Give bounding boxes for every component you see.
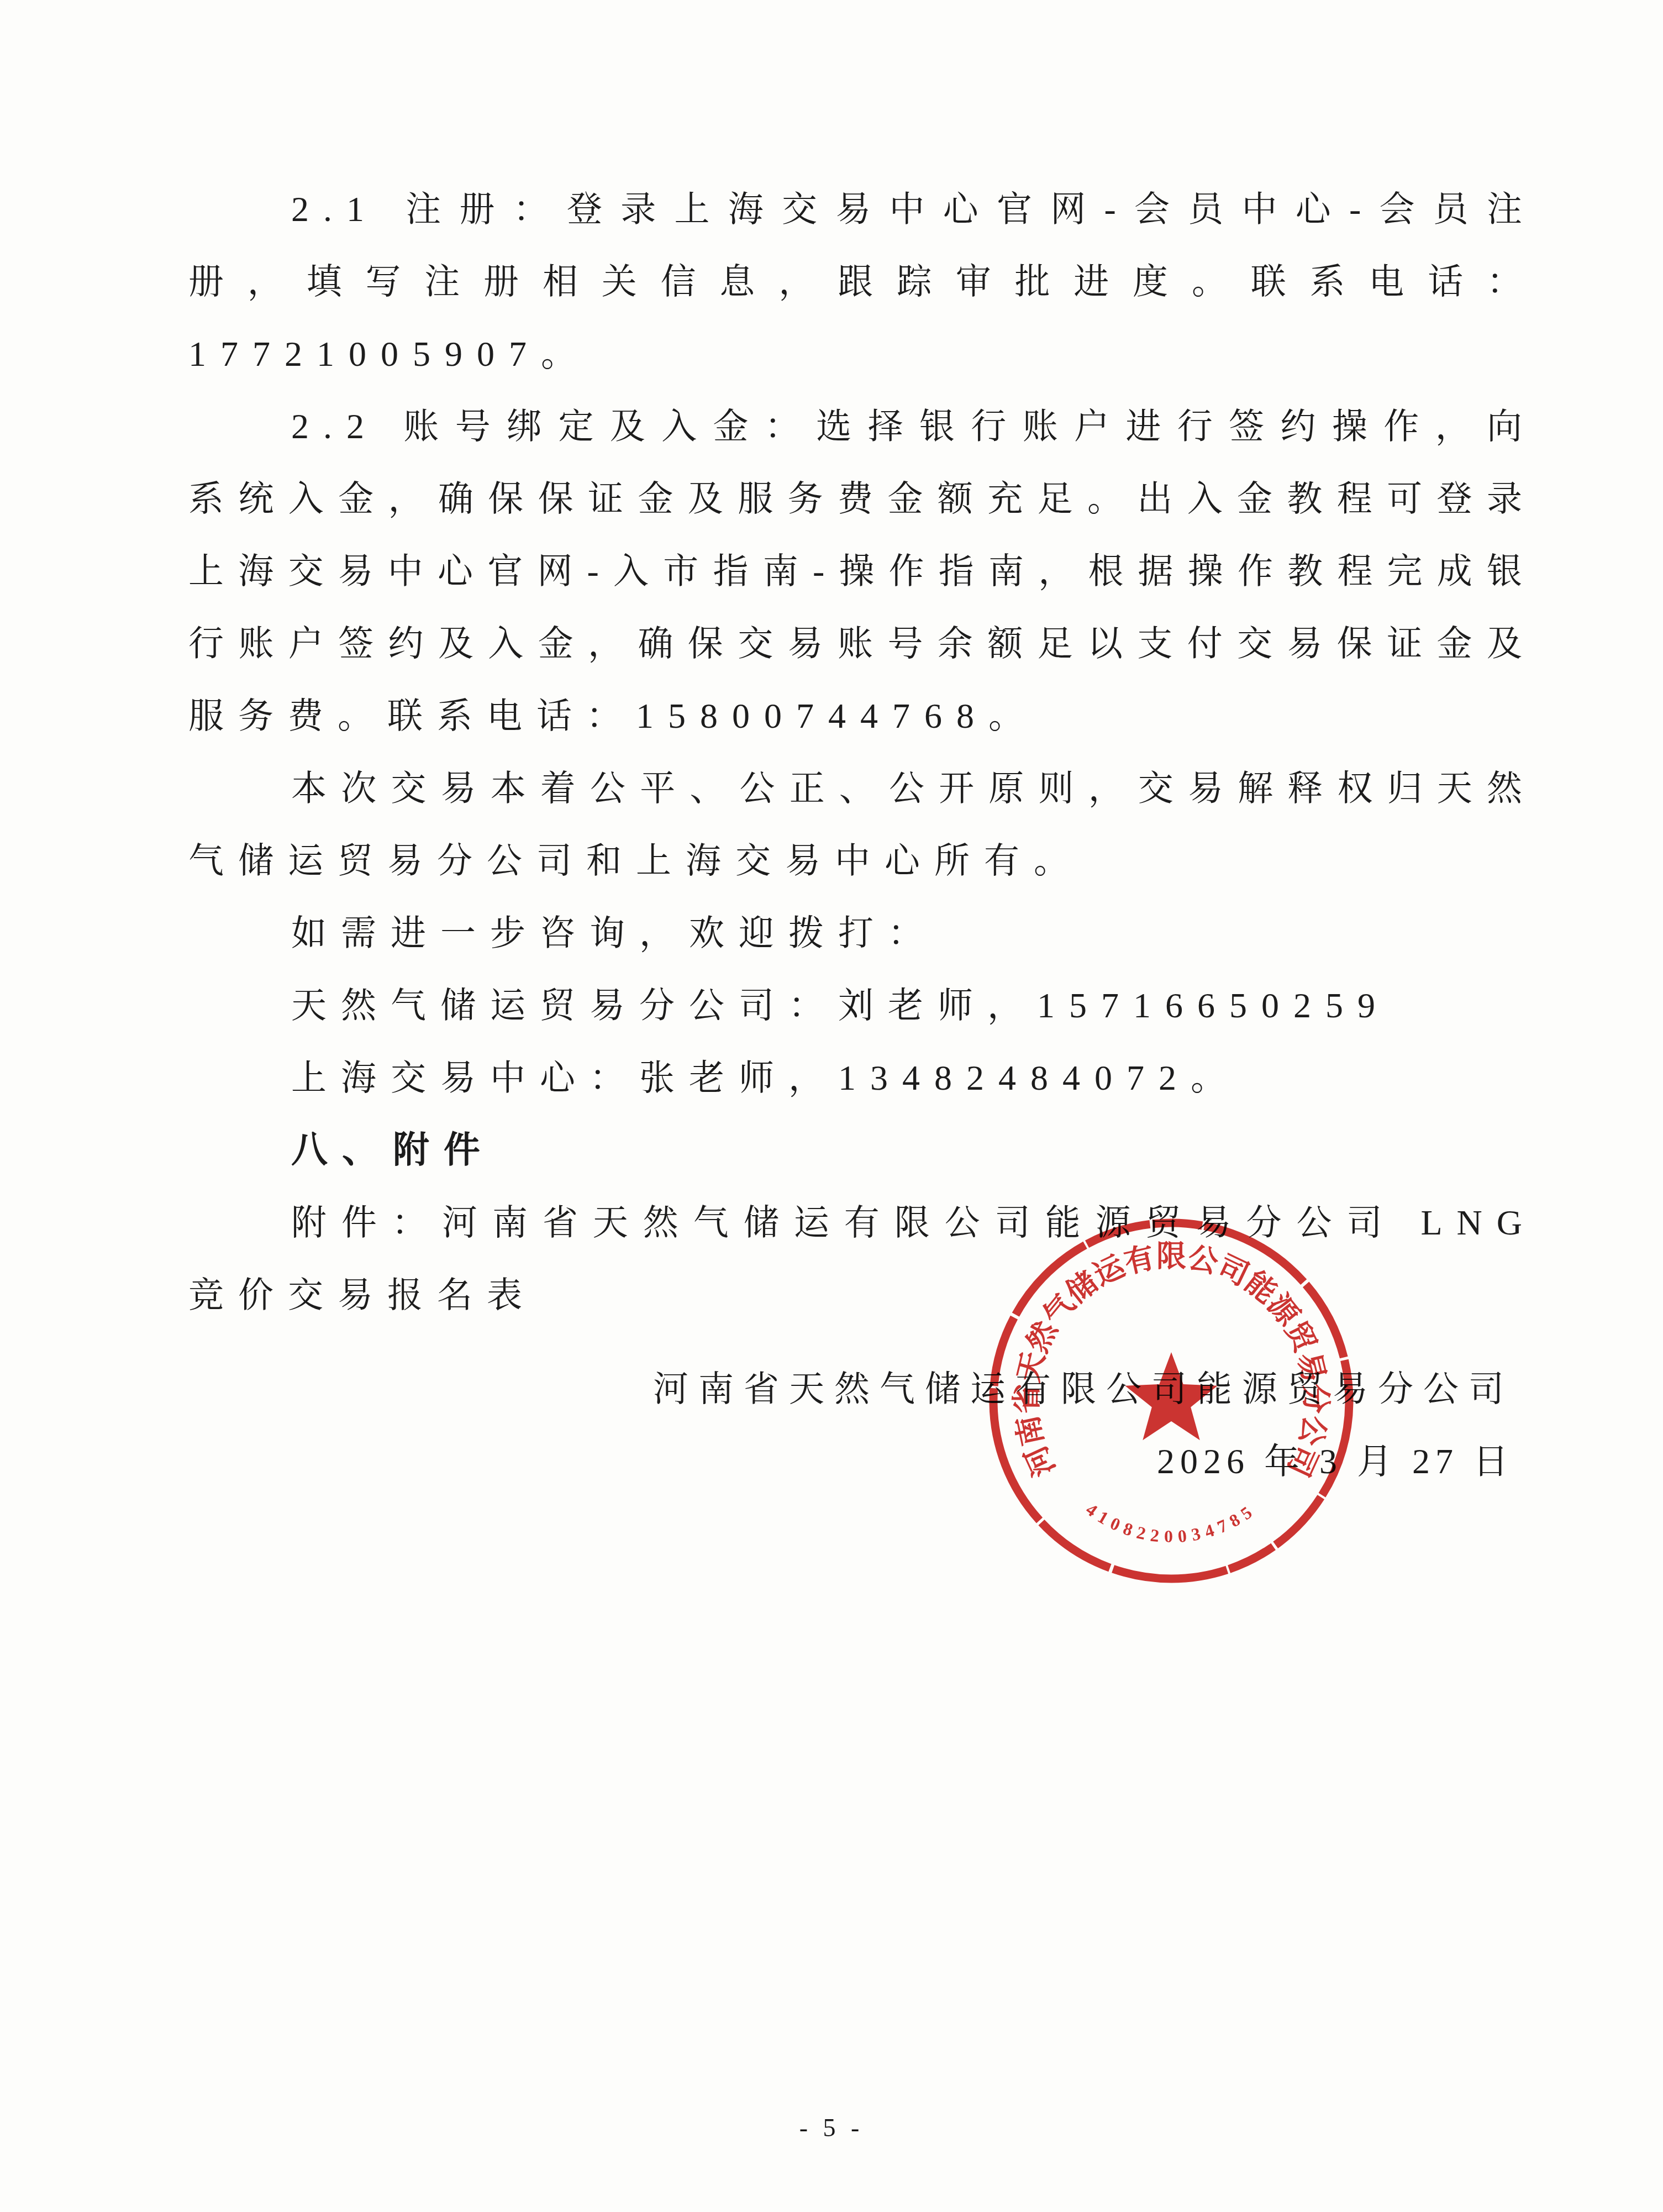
paragraph-consult-intro: 如需进一步咨询，欢迎拨打： (188, 897, 1536, 969)
document-page: 2.1 注册：登录上海交易中心官网-会员中心-会员注册，填写注册相关信息，跟踪审… (0, 0, 1663, 2212)
paragraph-account-funding: 2.2 账号绑定及入金：选择银行账户进行签约操作，向系统入金，确保保证金及服务费… (188, 390, 1536, 752)
paragraph-principles: 本次交易本着公平、公正、公开原则，交易解释权归天然气储运贸易分公司和上海交易中心… (188, 752, 1536, 897)
page-number: - 5 - (0, 2113, 1663, 2142)
document-body: 2.1 注册：登录上海交易中心官网-会员中心-会员注册，填写注册相关信息，跟踪审… (188, 173, 1536, 1331)
paragraph-contact-storage: 天然气储运贸易分公司：刘老师，15716650259 (188, 969, 1536, 1042)
section-heading-attachment: 八、附件 (188, 1114, 1536, 1186)
seal-serial-number: 4108220034785 (1082, 1499, 1260, 1546)
paragraph-contact-exchange: 上海交易中心：张老师，13482484072。 (188, 1042, 1536, 1114)
company-seal: 河南省天然气储运有限公司能源贸易分公司 4108220034785 (978, 1207, 1365, 1594)
seal-star-icon (1125, 1352, 1217, 1440)
paragraph-register: 2.1 注册：登录上海交易中心官网-会员中心-会员注册，填写注册相关信息，跟踪审… (188, 173, 1536, 390)
